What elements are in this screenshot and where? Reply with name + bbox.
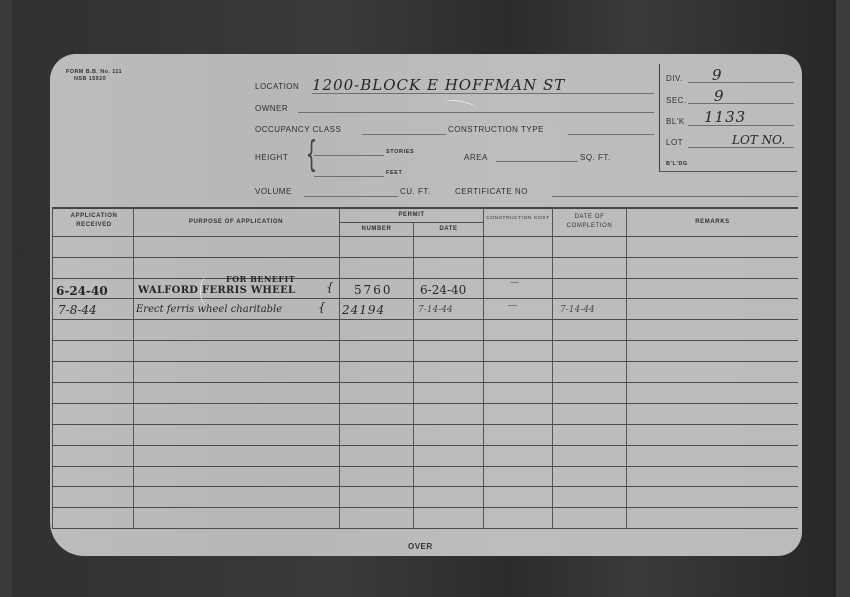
occupancy-class-label: OCCUPANCY CLASS (255, 125, 341, 134)
blk-label: BL'K (666, 117, 685, 126)
sec-line (688, 103, 794, 104)
construction-type-line (568, 134, 654, 135)
row2-permit-number[interactable]: 24194 (342, 303, 385, 317)
col-permit-date: DATE (414, 225, 483, 234)
row-line (52, 257, 798, 258)
row2-cost[interactable]: — (508, 301, 517, 311)
sec-value[interactable]: 9 (714, 87, 724, 105)
row-line (52, 319, 798, 320)
col-purpose: PURPOSE OF APPLICATION (134, 218, 338, 227)
row2-received[interactable]: 7-8-44 (58, 303, 97, 317)
row-line (52, 278, 798, 279)
col-divider (133, 207, 134, 528)
col-date-of-completion: DATE OF COMPLETION (553, 213, 626, 231)
volume-line (304, 196, 398, 197)
col-application-received: APPLICATION RECEIVED (56, 212, 132, 230)
div-line (688, 82, 794, 83)
col-divider (52, 207, 53, 528)
lot-line (688, 147, 794, 148)
side-box-border (659, 64, 660, 171)
location-label: LOCATION (255, 82, 299, 91)
col-remarks: REMARKS (627, 218, 798, 227)
lot-label: LOT (666, 138, 683, 147)
row1-purpose[interactable]: WALFORD FERRIS WHEEL (138, 285, 295, 296)
form-code: NSB 15920 (74, 76, 106, 82)
film-scratch (200, 276, 215, 306)
row-line (52, 486, 798, 487)
col-divider (339, 207, 340, 528)
row-line (52, 507, 798, 508)
blk-value[interactable]: 1133 (704, 108, 746, 126)
film-edge-left (0, 0, 12, 597)
owner-label: OWNER (255, 104, 288, 113)
col-divider (626, 207, 627, 528)
row-line (52, 298, 798, 299)
film-edge-right (836, 0, 850, 597)
row2-permit-date[interactable]: 7-14-44 (418, 305, 453, 315)
table-top-border (52, 207, 798, 209)
col-permit-number: NUMBER (340, 225, 413, 234)
certificate-line (552, 196, 798, 197)
col-divider (483, 207, 484, 528)
lot-value[interactable]: LOT NO. (732, 133, 785, 147)
permit-record-card: FORM B.B. No. 111 NSB 15920 LOCATION 120… (50, 54, 802, 556)
area-label: AREA (464, 153, 488, 162)
row1-cost[interactable]: — (510, 278, 519, 288)
col-divider (413, 222, 414, 528)
volume-label: VOLUME (255, 187, 292, 196)
height-label: HEIGHT (255, 153, 288, 162)
side-box-bottom (659, 171, 797, 172)
area-line (496, 161, 578, 162)
bldg-label: B'L'DG (666, 161, 688, 167)
owner-line (298, 112, 654, 113)
certificate-label: CERTIFICATE NO (455, 187, 528, 196)
div-value[interactable]: 9 (712, 66, 722, 84)
row2-completion[interactable]: 7-14-44 (560, 305, 595, 315)
over-label: OVER (408, 542, 433, 551)
feet-line (314, 176, 384, 177)
permit-subheader-line (339, 222, 483, 223)
col-divider (552, 207, 553, 528)
row1-permit-date[interactable]: 6-24-40 (420, 283, 466, 297)
row-line (52, 382, 798, 383)
stories-line (314, 155, 384, 156)
sqft-label: SQ. FT. (580, 153, 611, 162)
row1-received[interactable]: 6-24-40 (56, 284, 108, 298)
table-header-bottom (52, 236, 798, 237)
row-line (52, 403, 798, 404)
bracket-mark: { (318, 300, 326, 314)
construction-type-label: CONSTRUCTION TYPE (448, 125, 544, 134)
occupancy-line (362, 134, 446, 135)
row-line (52, 445, 798, 446)
row-line (52, 361, 798, 362)
div-label: DIV. (666, 74, 683, 83)
stories-label: STORIES (386, 149, 414, 155)
row1-purpose-annotation: FOR BENEFIT (226, 274, 295, 284)
cuft-label: CU. FT. (400, 187, 431, 196)
location-value[interactable]: 1200-BLOCK E HOFFMAN ST (312, 76, 565, 94)
col-permit: PERMIT (340, 211, 483, 220)
row1-permit-number[interactable]: 5760 (354, 283, 393, 297)
row-line (52, 424, 798, 425)
row-line (52, 528, 798, 529)
row-line (52, 466, 798, 467)
row-line (52, 340, 798, 341)
col-construction-cost: CONSTRUCTION COST (484, 214, 552, 223)
form-number: FORM B.B. No. 111 (66, 69, 122, 75)
bracket-mark: { (326, 280, 334, 294)
sec-label: SEC. (666, 96, 687, 105)
feet-label: FEET (386, 170, 402, 176)
